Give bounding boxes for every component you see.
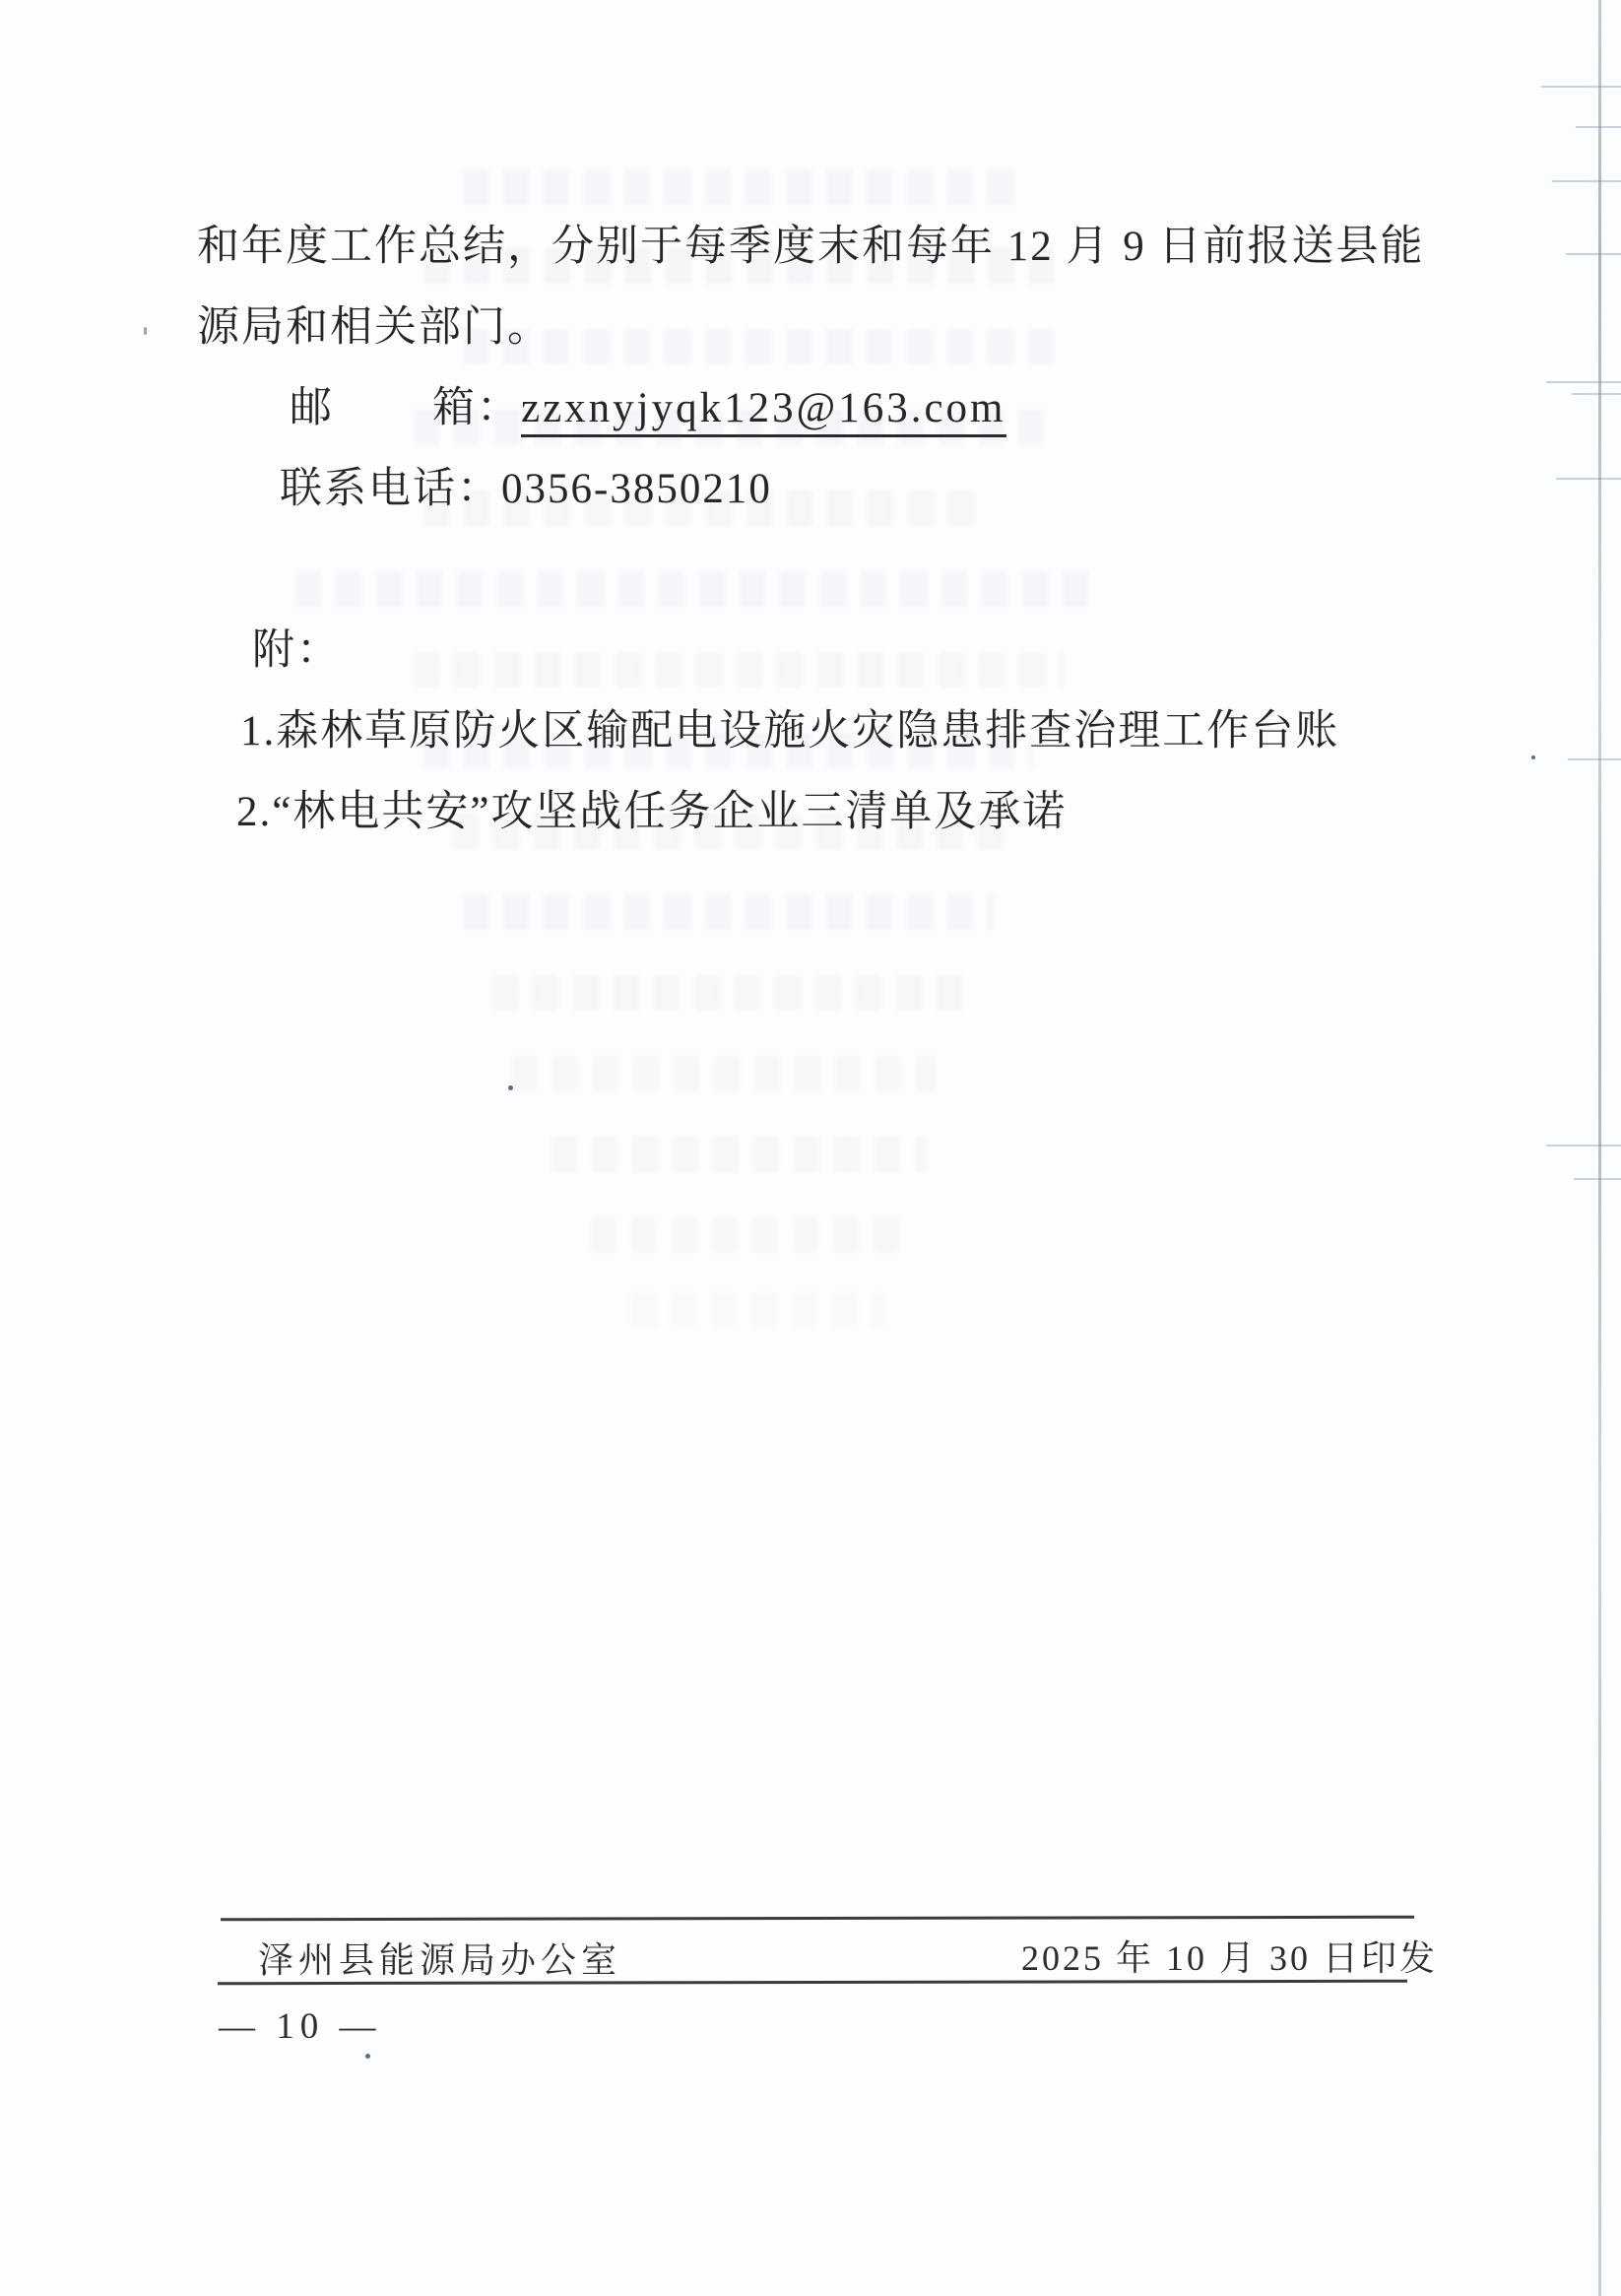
paragraph-line-2: 源局和相关部门。 [197, 303, 551, 352]
email-label-left: 邮 [290, 385, 334, 431]
email-label-right: 箱： [432, 385, 521, 431]
scanner-tick [1556, 478, 1621, 480]
scanner-tick [1576, 126, 1621, 128]
scanner-edge-line [1598, 0, 1601, 2296]
email-line: 邮箱：zzxnyjyqk123@163.com [290, 384, 1006, 432]
bleed-through-row [512, 1056, 936, 1091]
ink-speck [144, 327, 147, 335]
bleed-through-row [463, 329, 1054, 364]
page-number: — 10 — [219, 2005, 382, 2048]
bleed-through-row [414, 652, 1064, 688]
paragraph-line-1: 和年度工作总结，分别于每季度末和每年 12 月 9 日前报送县能 [197, 223, 1425, 271]
bleed-through-row [463, 894, 995, 930]
bleed-through-row [591, 1217, 906, 1253]
scanner-tick [1572, 393, 1621, 395]
scanner-tick [1546, 381, 1621, 383]
bleed-through-row [463, 169, 1014, 205]
ink-speck [365, 2054, 370, 2059]
scanned-document-page: 和年度工作总结，分别于每季度末和每年 12 月 9 日前报送县能 源局和相关部门… [0, 0, 1621, 2296]
attachment-heading: 附： [252, 626, 341, 675]
phone-line: 联系电话：0356-3850210 [280, 465, 772, 513]
scanner-tick [1574, 1178, 1621, 1180]
scanner-tick [1566, 253, 1621, 255]
bleed-through-row [295, 571, 1103, 607]
email-address: zzxnyjyqk123@163.com [521, 385, 1006, 437]
ink-speck [1531, 755, 1535, 759]
scanner-tick [1546, 1145, 1621, 1147]
ink-speck [508, 1085, 513, 1090]
footer-rule-top [221, 1916, 1414, 1922]
bleed-through-row [630, 1292, 886, 1328]
footer-print-date: 2025 年 10 月 30 日印发 [1021, 1931, 1438, 1981]
attachment-item-1: 1.森林草原防火区输配电设施火灾隐患排查治理工作台账 [240, 707, 1339, 755]
attachment-item-2: 2.“林电共安”攻坚战任务企业三清单及承诺 [236, 788, 1067, 836]
scanner-tick [1568, 758, 1621, 760]
footer-issuer: 泽州县能源局办公室 [258, 1933, 621, 1983]
scanner-tick [1541, 86, 1621, 88]
bleed-through-row [551, 1137, 926, 1172]
bleed-through-row [492, 975, 965, 1011]
scanner-tick [1552, 180, 1621, 182]
